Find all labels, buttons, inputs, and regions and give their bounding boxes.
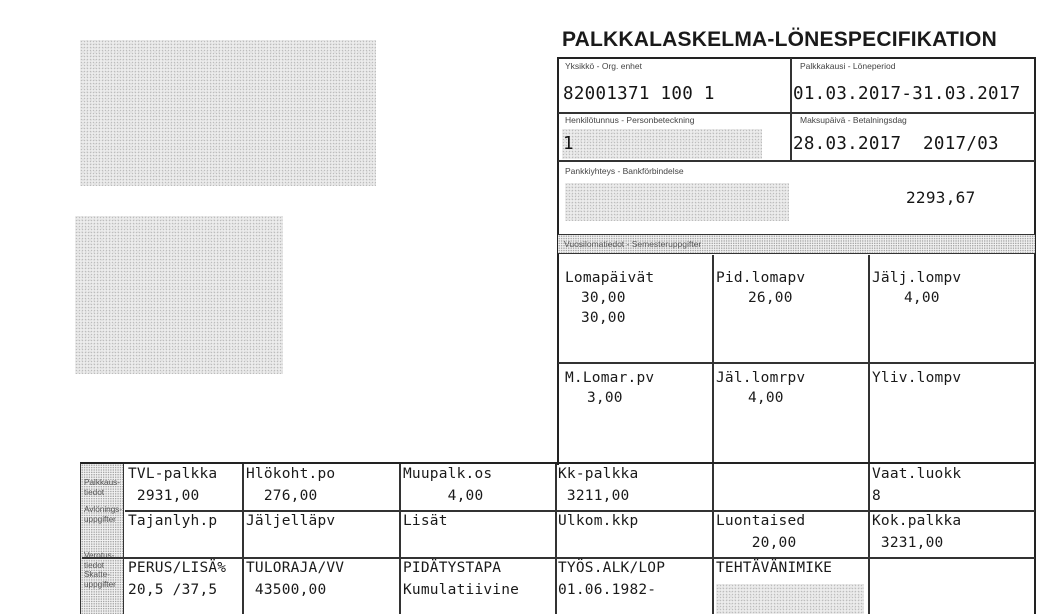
divider <box>790 58 792 161</box>
salary-cell-label: TULORAJA/VV <box>246 560 344 576</box>
redacted-employer-block <box>75 216 283 374</box>
salary-cell-label: PIDÄTYSTAPA <box>403 560 501 576</box>
divider <box>82 557 1035 559</box>
vacation-cell-value: 3,00 <box>587 390 623 406</box>
side-label-payroll: Palkkaus- tiedot <box>82 478 120 497</box>
salary-cell-value: Kumulatiivine <box>403 582 519 598</box>
payment-date-label: Maksupäivä - Betalningsdag <box>800 115 907 125</box>
divider <box>712 255 714 465</box>
divider <box>242 464 244 614</box>
salary-cell-value: 3231,00 <box>872 535 943 551</box>
redacted-person-id <box>562 129 762 159</box>
salary-cell-value: 2931,00 <box>128 488 199 504</box>
salary-cell-label: PERUS/LISÄ% <box>128 560 226 576</box>
salary-cell-value: 4,00 <box>403 488 483 504</box>
salary-cell-value: 20,00 <box>716 535 796 551</box>
vacation-cell-value: 30,00 <box>581 290 626 306</box>
salary-cell-label: Vaat.luokk <box>872 466 961 482</box>
vacation-cell-value: 30,00 <box>581 310 626 326</box>
salary-cell-label: Kok.palkka <box>872 513 961 529</box>
vacation-section-label: Vuosilomatiedot - Semesteruppgifter <box>564 239 701 249</box>
salary-cell-label: Jäljelläpv <box>246 513 335 529</box>
unit-value: 82001371 100 1 <box>563 84 715 104</box>
redacted-bank-account <box>565 183 789 221</box>
vacation-cell-value: 4,00 <box>904 290 940 306</box>
person-id-label: Henkilötunnus - Personbeteckning <box>565 115 694 125</box>
salary-cell-value: 276,00 <box>246 488 317 504</box>
divider <box>712 464 714 614</box>
divider <box>868 255 870 465</box>
net-amount: 2293,67 <box>906 188 976 207</box>
salary-cell-value: 20,5 /37,5 <box>128 582 217 598</box>
unit-label: Yksikkö - Org. enhet <box>565 61 642 71</box>
salary-cell-value: 3211,00 <box>558 488 629 504</box>
vacation-cell-label: Jälj.lompv <box>872 270 961 286</box>
salary-cell-value: 01.06.1982- <box>558 582 656 598</box>
divider <box>868 464 870 614</box>
salary-cell-label: Muupalk.os <box>403 466 492 482</box>
salary-cell-value: 8 <box>872 488 881 504</box>
vacation-cell-value: 4,00 <box>748 390 784 406</box>
salary-cell-label: Hlökoht.po <box>246 466 335 482</box>
salary-cell-label: Luontaised <box>716 513 805 529</box>
vacation-cell-label: Lomapäivät <box>565 270 654 286</box>
document-title: PALKKALASKELMA-LÖNESPECIFIKATION <box>562 28 997 52</box>
vacation-cell-label: Yliv.lompv <box>872 370 961 386</box>
salary-cell-label: TVL-palkka <box>128 466 217 482</box>
salary-cell-label: TYÖS.ALK/LOP <box>558 560 665 576</box>
vacation-cell-label: Pid.lomapv <box>716 270 805 286</box>
vacation-cell-label: M.Lomar.pv <box>565 370 654 386</box>
divider <box>399 464 401 614</box>
redacted-address-block <box>80 40 376 186</box>
salary-cell-value: 43500,00 <box>246 582 326 598</box>
salary-cell-label: TEHTÄVÄNIMIKE <box>716 560 832 576</box>
salary-cell-label: Tajanlyh.p <box>128 513 217 529</box>
divider <box>555 464 557 614</box>
redacted-job-title <box>716 584 864 614</box>
divider <box>558 160 1035 162</box>
period-label: Palkkakausi - Löneperiod <box>800 61 895 71</box>
divider <box>558 112 1035 114</box>
bank-label: Pankkiyhteys - Bankförbindelse <box>565 166 684 176</box>
divider <box>558 362 1035 364</box>
side-label-salary: Avlönings- uppgifter <box>82 505 122 524</box>
salary-cell-label: Ulkom.kkp <box>558 513 638 529</box>
vacation-cell-value: 26,00 <box>748 290 793 306</box>
salary-cell-label: Lisät <box>403 513 448 529</box>
salary-cell-label: Kk-palkka <box>558 466 638 482</box>
person-id-value: 1 <box>563 134 574 154</box>
divider <box>125 510 1035 512</box>
payment-date-value: 28.03.2017 2017/03 <box>793 134 999 154</box>
vacation-cell-label: Jäl.lomrpv <box>716 370 805 386</box>
period-value: 01.03.2017-31.03.2017 <box>793 84 1021 104</box>
